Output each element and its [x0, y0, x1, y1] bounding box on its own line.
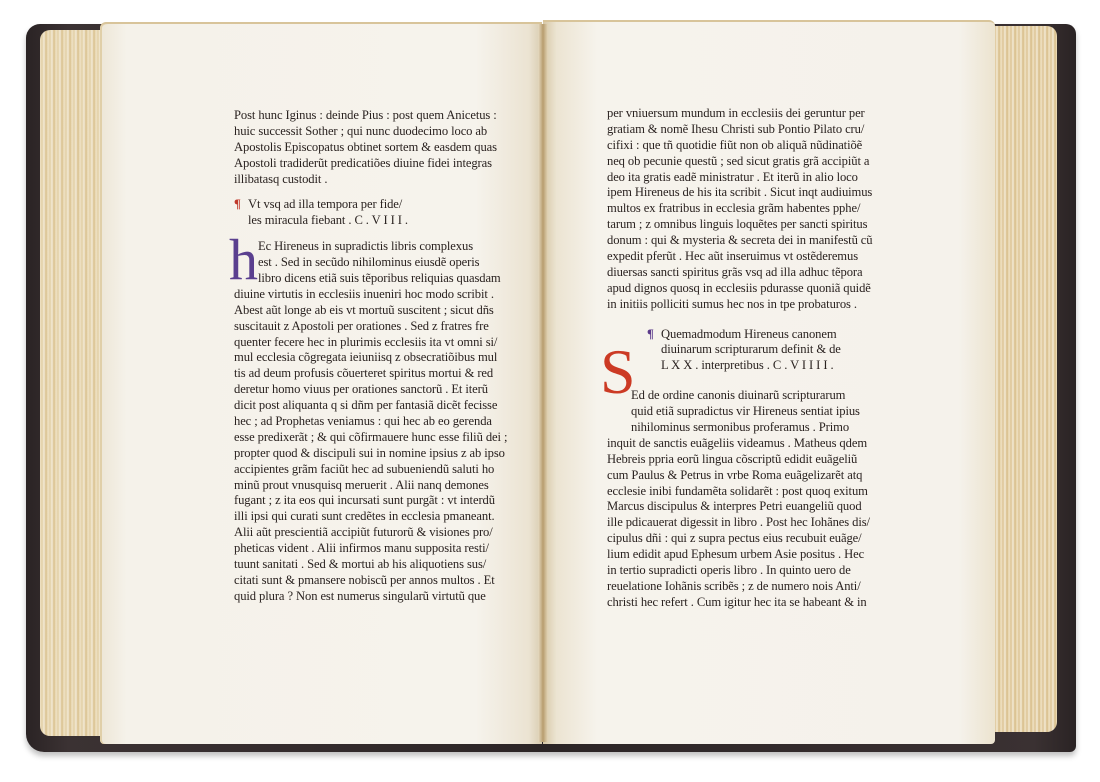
right-chapter-heading: ¶Quemadmodum Hireneus canonem diuinarum … — [607, 327, 869, 375]
text-line: in tertio supradicti operis libro . In q… — [607, 563, 869, 579]
heading-line: diuinarum scripturarum definit & de — [647, 342, 869, 358]
text-line: lium edidit apud Ephesum urbem Asie posi… — [607, 547, 869, 563]
text-line: in initiis polliciti sumus hec nos in tp… — [607, 297, 869, 313]
rubricated-initial-s: S — [600, 344, 636, 400]
text-line: inquit de sanctis euãgeliis videamus . M… — [607, 436, 869, 452]
text-line: expedit pferũt . Hec aũt inseruimus vt o… — [607, 249, 869, 265]
text-line: Alii aũt prescientiã accipiũt futurorũ &… — [234, 525, 496, 541]
illuminated-initial-h: h — [229, 232, 258, 288]
text-line: apud dignos quosq in ecclesiis pdurasse … — [607, 281, 869, 297]
page-block-edge-right — [985, 26, 1057, 732]
text-line: gratiam & nomẽ Ihesu Christi sub Pontio … — [607, 122, 869, 138]
text-line: cum Paulus & Petrus in vrbe Roma euãgeli… — [607, 468, 869, 484]
text-line: est . Sed in secũdo nihilominus eiusdẽ o… — [234, 255, 496, 271]
text-line: suscitauit z Apostoli per orationes . Se… — [234, 319, 496, 335]
book-gutter — [538, 24, 548, 742]
text-line: illi ipsi qui curati sunt credẽtes in ec… — [234, 509, 496, 525]
text-line: ecclesie inibi fundamẽta solidarẽt : pos… — [607, 484, 869, 500]
left-paragraph-2: Ec Hireneus in supradictis libris comple… — [234, 239, 496, 604]
text-line: reuelatione Iohãnis scribẽs ; z de numer… — [607, 579, 869, 595]
text-line: cipulus dñi : qui z supra pectus eius re… — [607, 531, 869, 547]
left-page-text: Post hunc Iginus : deinde Pius : post qu… — [234, 108, 496, 605]
text-line: ille pdicauerat digessit in libro . Post… — [607, 515, 869, 531]
right-paragraph-1: per vniuersum mundum in ecclesiis dei ge… — [607, 106, 869, 313]
pilcrow-icon: ¶ — [234, 197, 241, 213]
text-line: Apostolis Episcopatus obtinet sortem & e… — [234, 140, 496, 156]
text-line: Abest aũt longe ab eis vt mortuũ suscite… — [234, 303, 496, 319]
text-line: neq ob pecunie questũ ; sed sicut gratis… — [607, 154, 869, 170]
text-line: christi hec refert . Cum igitur hec ita … — [607, 595, 869, 611]
left-paragraph-1: Post hunc Iginus : deinde Pius : post qu… — [234, 108, 496, 187]
heading-line: Vt vsq ad illa tempora per fide/ — [248, 197, 402, 211]
text-line: deretur homo viuus per orationes sanctor… — [234, 382, 496, 398]
text-line: illibatasq custodit . — [234, 172, 496, 188]
text-line: pheticas vident . Alii infirmos manu sup… — [234, 541, 496, 557]
heading-line: les miracula fiebant . C . V I I I . — [234, 213, 496, 229]
text-line: Hebreis ppria eorũ lingua cõscriptũ edid… — [607, 452, 869, 468]
text-line: huic successit Sother ; qui nunc duodeci… — [234, 124, 496, 140]
text-line: donum : qui & mysteria & secreta dei in … — [607, 233, 869, 249]
text-line: Marcus discipulus & interpres Petri euan… — [607, 499, 869, 515]
book-photo: Post hunc Iginus : deinde Pius : post qu… — [0, 0, 1100, 782]
text-line: diuersas sancti spiritus grãs vsq ad ill… — [607, 265, 869, 281]
heading-line: Quemadmodum Hireneus canonem — [661, 327, 837, 341]
text-line: libro dicens etiã suis tẽporibus reliqui… — [234, 271, 496, 287]
pilcrow-icon: ¶ — [647, 327, 654, 343]
text-line: deo ita gratis eadẽ ministratur . Et ite… — [607, 170, 869, 186]
text-line: quid plura ? Non est numerus singularũ v… — [234, 589, 496, 605]
heading-line: L X X . interpretibus . C . V I I I I . — [647, 358, 869, 374]
text-line: ipem Hireneus de his ita scribit . Sicut… — [607, 185, 869, 201]
text-line: quenter fecere hec in plurimis ecclesiis… — [234, 335, 496, 351]
right-paragraph-2: Ed de ordine canonis diuinarũ scripturar… — [607, 388, 869, 610]
left-chapter-heading: ¶Vt vsq ad illa tempora per fide/ les mi… — [234, 197, 496, 229]
text-line: esse predixerãt ; & qui cõfirmauere hunc… — [234, 430, 496, 446]
text-line: diuine virtutis in ecclesiis inueniri ho… — [234, 287, 496, 303]
text-line: nihilominus sermonibus proferamus . Prim… — [607, 420, 869, 436]
text-line: tuunt sanitati . Sed & mortui ab his ali… — [234, 557, 496, 573]
text-line: fugant ; z ita eos qui incursati sunt pu… — [234, 493, 496, 509]
text-line: tarum ; z omnibus linguis loquẽtes per s… — [607, 217, 869, 233]
text-line: cifixi : que tñ quotidie fiũt non ob ali… — [607, 138, 869, 154]
text-line: Apostoli tradiderũt predicatiões diuine … — [234, 156, 496, 172]
text-line: multos ex fratribus in ecclesia grãm hab… — [607, 201, 869, 217]
text-line: accipientes grãm faciũt hec ad subuenien… — [234, 462, 496, 478]
text-line: Ec Hireneus in supradictis libris comple… — [234, 239, 496, 255]
text-line: dicit post aliquanta q si dñm per fantas… — [234, 398, 496, 414]
text-line: hec ; ad Prophetas veniamus : qui hec ab… — [234, 414, 496, 430]
text-line: propter quod & discipuli sui in nomine i… — [234, 446, 496, 462]
text-line: Ed de ordine canonis diuinarũ scripturar… — [607, 388, 869, 404]
text-line: citati sunt & pmansere nobiscũ per annos… — [234, 573, 496, 589]
text-line: minũ prout vnusquisq meruerit . Alii nan… — [234, 478, 496, 494]
text-line: per vniuersum mundum in ecclesiis dei ge… — [607, 106, 869, 122]
text-line: tis ad deum profusis cõuerteret spiritus… — [234, 366, 496, 382]
text-line: quid etiã supradictus vir Hireneus senti… — [607, 404, 869, 420]
right-page-text: per vniuersum mundum in ecclesiis dei ge… — [607, 106, 869, 611]
text-line: Post hunc Iginus : deinde Pius : post qu… — [234, 108, 496, 124]
text-line: mul ecclesia cõgregata ieiuniisq z obsec… — [234, 350, 496, 366]
